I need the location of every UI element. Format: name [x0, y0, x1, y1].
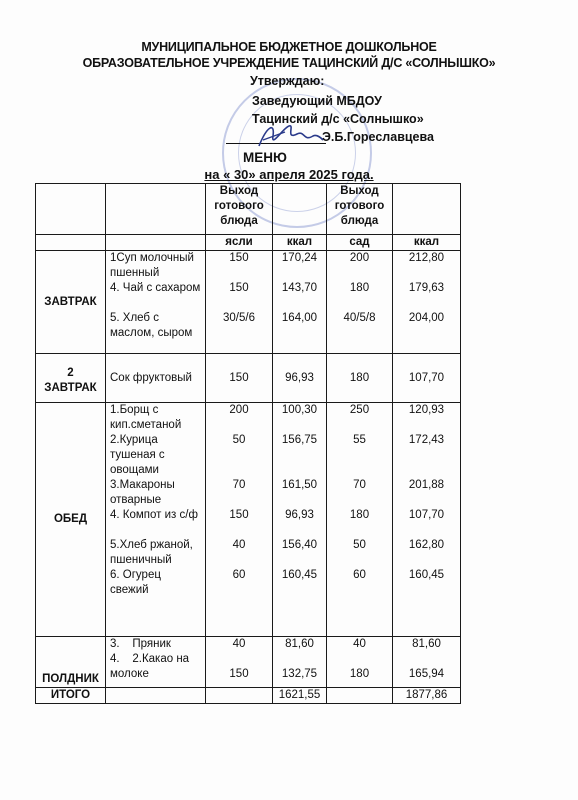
value: 162,80 [397, 538, 456, 568]
kcal-yasli: 100,30 156,75 161,50 96,93 156,40 160,45 [273, 403, 327, 637]
org-name-line-2: ОБРАЗОВАТЕЛЬНОЕ УЧРЕЖДЕНИЕ ТАЦИНСКИЙ Д/С… [0, 56, 578, 70]
subheader-cell [36, 235, 106, 251]
dish-name: 3.Макароны отварные [110, 478, 201, 508]
value: 201,88 [397, 478, 456, 508]
value: 180 [331, 281, 388, 311]
value: 30/5/6 [210, 311, 268, 341]
kcal-sad: 212,80 179,63 204,00 [393, 251, 461, 354]
table-header-row: Выход готового блюда Выход готового блюд… [36, 184, 461, 235]
dish-name: 5.Хлеб ржаной, пшеничный [110, 538, 201, 568]
header-cell-empty [36, 184, 106, 235]
value: 150 [210, 667, 268, 682]
header-cell-yield-sad: Выход готового блюда [327, 184, 393, 235]
header-cell-empty [106, 184, 206, 235]
approve-position: Заведующий МБДОУ [252, 94, 382, 108]
value: 180 [331, 508, 388, 538]
dish-name: 4. 2.Какао на молоке [110, 652, 201, 682]
value: 212,80 [397, 251, 456, 281]
value: 250 [331, 403, 388, 433]
meal-name: ЗАВТРАК [36, 251, 106, 354]
dish-name: 5. Хлеб с маслом, сыром [110, 311, 201, 341]
total-row: ИТОГО 1621,55 1877,86 [36, 688, 461, 704]
value: 100,30 [277, 403, 322, 433]
total-kcal-sad: 1877,86 [393, 688, 461, 704]
approve-name: Э.Б.Гореславцева [322, 130, 434, 144]
value: 40 [210, 538, 268, 568]
value: 60 [210, 568, 268, 598]
value: 60 [331, 568, 388, 598]
total-label: ИТОГО [36, 688, 106, 704]
header-cell-empty [273, 184, 327, 235]
value: 132,75 [277, 667, 322, 682]
kcal-sad: 107,70 [393, 354, 461, 403]
value: 50 [210, 433, 268, 478]
menu-table: Выход готового блюда Выход готового блюд… [35, 183, 461, 704]
kcal-sad: 120,93 172,43 201,88 107,70 162,80 160,4… [393, 403, 461, 637]
value: 200 [210, 403, 268, 433]
yield-sad: 40 180 [327, 637, 393, 688]
value: 150 [210, 251, 268, 281]
table-row: ОБЕД 1.Борщ с кип.сметаной 2.Курица туше… [36, 403, 461, 637]
value: 160,45 [397, 568, 456, 598]
dish-names: 1.Борщ с кип.сметаной 2.Курица тушеная с… [106, 403, 206, 637]
total-kcal-yasli: 1621,55 [273, 688, 327, 704]
empty-cell [327, 688, 393, 704]
value: 160,45 [277, 568, 322, 598]
kcal-yasli: 81,60 132,75 [273, 637, 327, 688]
subheader-cell: сад [327, 235, 393, 251]
document-page: МУНИЦИПАЛЬНОЕ БЮДЖЕТНОЕ ДОШКОЛЬНОЕ ОБРАЗ… [0, 0, 578, 800]
table-subheader-row: ясли ккал сад ккал [36, 235, 461, 251]
dish-name: 2.Курица тушеная с овощами [110, 433, 201, 478]
value: 150 [210, 508, 268, 538]
value: 70 [210, 478, 268, 508]
yield-sad: 180 [327, 354, 393, 403]
empty-cell [206, 688, 273, 704]
signature-icon [255, 118, 325, 152]
value: 204,00 [397, 311, 456, 341]
dish-name: 6. Огурец свежий [110, 568, 201, 598]
value: 150 [210, 281, 268, 311]
value: 50 [331, 538, 388, 568]
empty-cell [106, 688, 206, 704]
value: 200 [331, 251, 388, 281]
header-cell-empty [393, 184, 461, 235]
yield-sad: 250 55 70 180 50 60 [327, 403, 393, 637]
dish-names: 3. Пряник 4. 2.Какао на молоке [106, 637, 206, 688]
value: 165,94 [397, 667, 456, 682]
table-row: ПОЛДНИК 3. Пряник 4. 2.Какао на молоке 4… [36, 637, 461, 688]
dish-name: 4. Компот из с/ф [110, 508, 201, 538]
value: 179,63 [397, 281, 456, 311]
value: 81,60 [277, 637, 322, 667]
table-row: 2 ЗАВТРАК Сок фруктовый 150 96,93 180 10… [36, 354, 461, 403]
value: 120,93 [397, 403, 456, 433]
kcal-sad: 81,60 165,94 [393, 637, 461, 688]
menu-date: на « 30» апреля 2025 года. [0, 167, 578, 182]
value: 40 [210, 637, 268, 667]
subheader-cell: ясли [206, 235, 273, 251]
dish-name: Сок фруктовый [106, 354, 206, 403]
value: 70 [331, 478, 388, 508]
value: 55 [331, 433, 388, 478]
yield-yasli: 200 50 70 150 40 60 [206, 403, 273, 637]
value: 170,24 [277, 251, 322, 281]
value: 161,50 [277, 478, 322, 508]
dish-name: 1Суп молочный пшенный [110, 251, 201, 281]
value: 156,40 [277, 538, 322, 568]
header-cell-yield-yasli: Выход готового блюда [206, 184, 273, 235]
dish-name: 1.Борщ с кип.сметаной [110, 403, 201, 433]
value: 143,70 [277, 281, 322, 311]
value: 40 [331, 637, 388, 667]
value: 164,00 [277, 311, 322, 341]
table-row: ЗАВТРАК 1Суп молочный пшенный 4. Чай с с… [36, 251, 461, 354]
meal-name: ОБЕД [36, 403, 106, 637]
dish-name: 4. Чай с сахаром [110, 281, 201, 311]
kcal-yasli: 96,93 [273, 354, 327, 403]
value: 156,75 [277, 433, 322, 478]
yield-sad: 200 180 40/5/8 [327, 251, 393, 354]
approve-label: Утверждаю: [250, 74, 324, 88]
kcal-yasli: 170,24 143,70 164,00 [273, 251, 327, 354]
value: 40/5/8 [331, 311, 388, 341]
yield-yasli: 150 [206, 354, 273, 403]
yield-yasli: 150 150 30/5/6 [206, 251, 273, 354]
meal-name: 2 ЗАВТРАК [36, 354, 106, 403]
value: 172,43 [397, 433, 456, 478]
value: 96,93 [277, 508, 322, 538]
meal-name: ПОЛДНИК [36, 637, 106, 688]
value: 107,70 [397, 508, 456, 538]
menu-title: МЕНЮ [243, 150, 287, 165]
value: 180 [331, 667, 388, 682]
yield-yasli: 40 150 [206, 637, 273, 688]
dish-names: 1Суп молочный пшенный 4. Чай с сахаром 5… [106, 251, 206, 354]
subheader-cell: ккал [393, 235, 461, 251]
org-name-line-1: МУНИЦИПАЛЬНОЕ БЮДЖЕТНОЕ ДОШКОЛЬНОЕ [0, 40, 578, 54]
value: 81,60 [397, 637, 456, 667]
subheader-cell [106, 235, 206, 251]
dish-name: 3. Пряник [110, 637, 201, 652]
subheader-cell: ккал [273, 235, 327, 251]
